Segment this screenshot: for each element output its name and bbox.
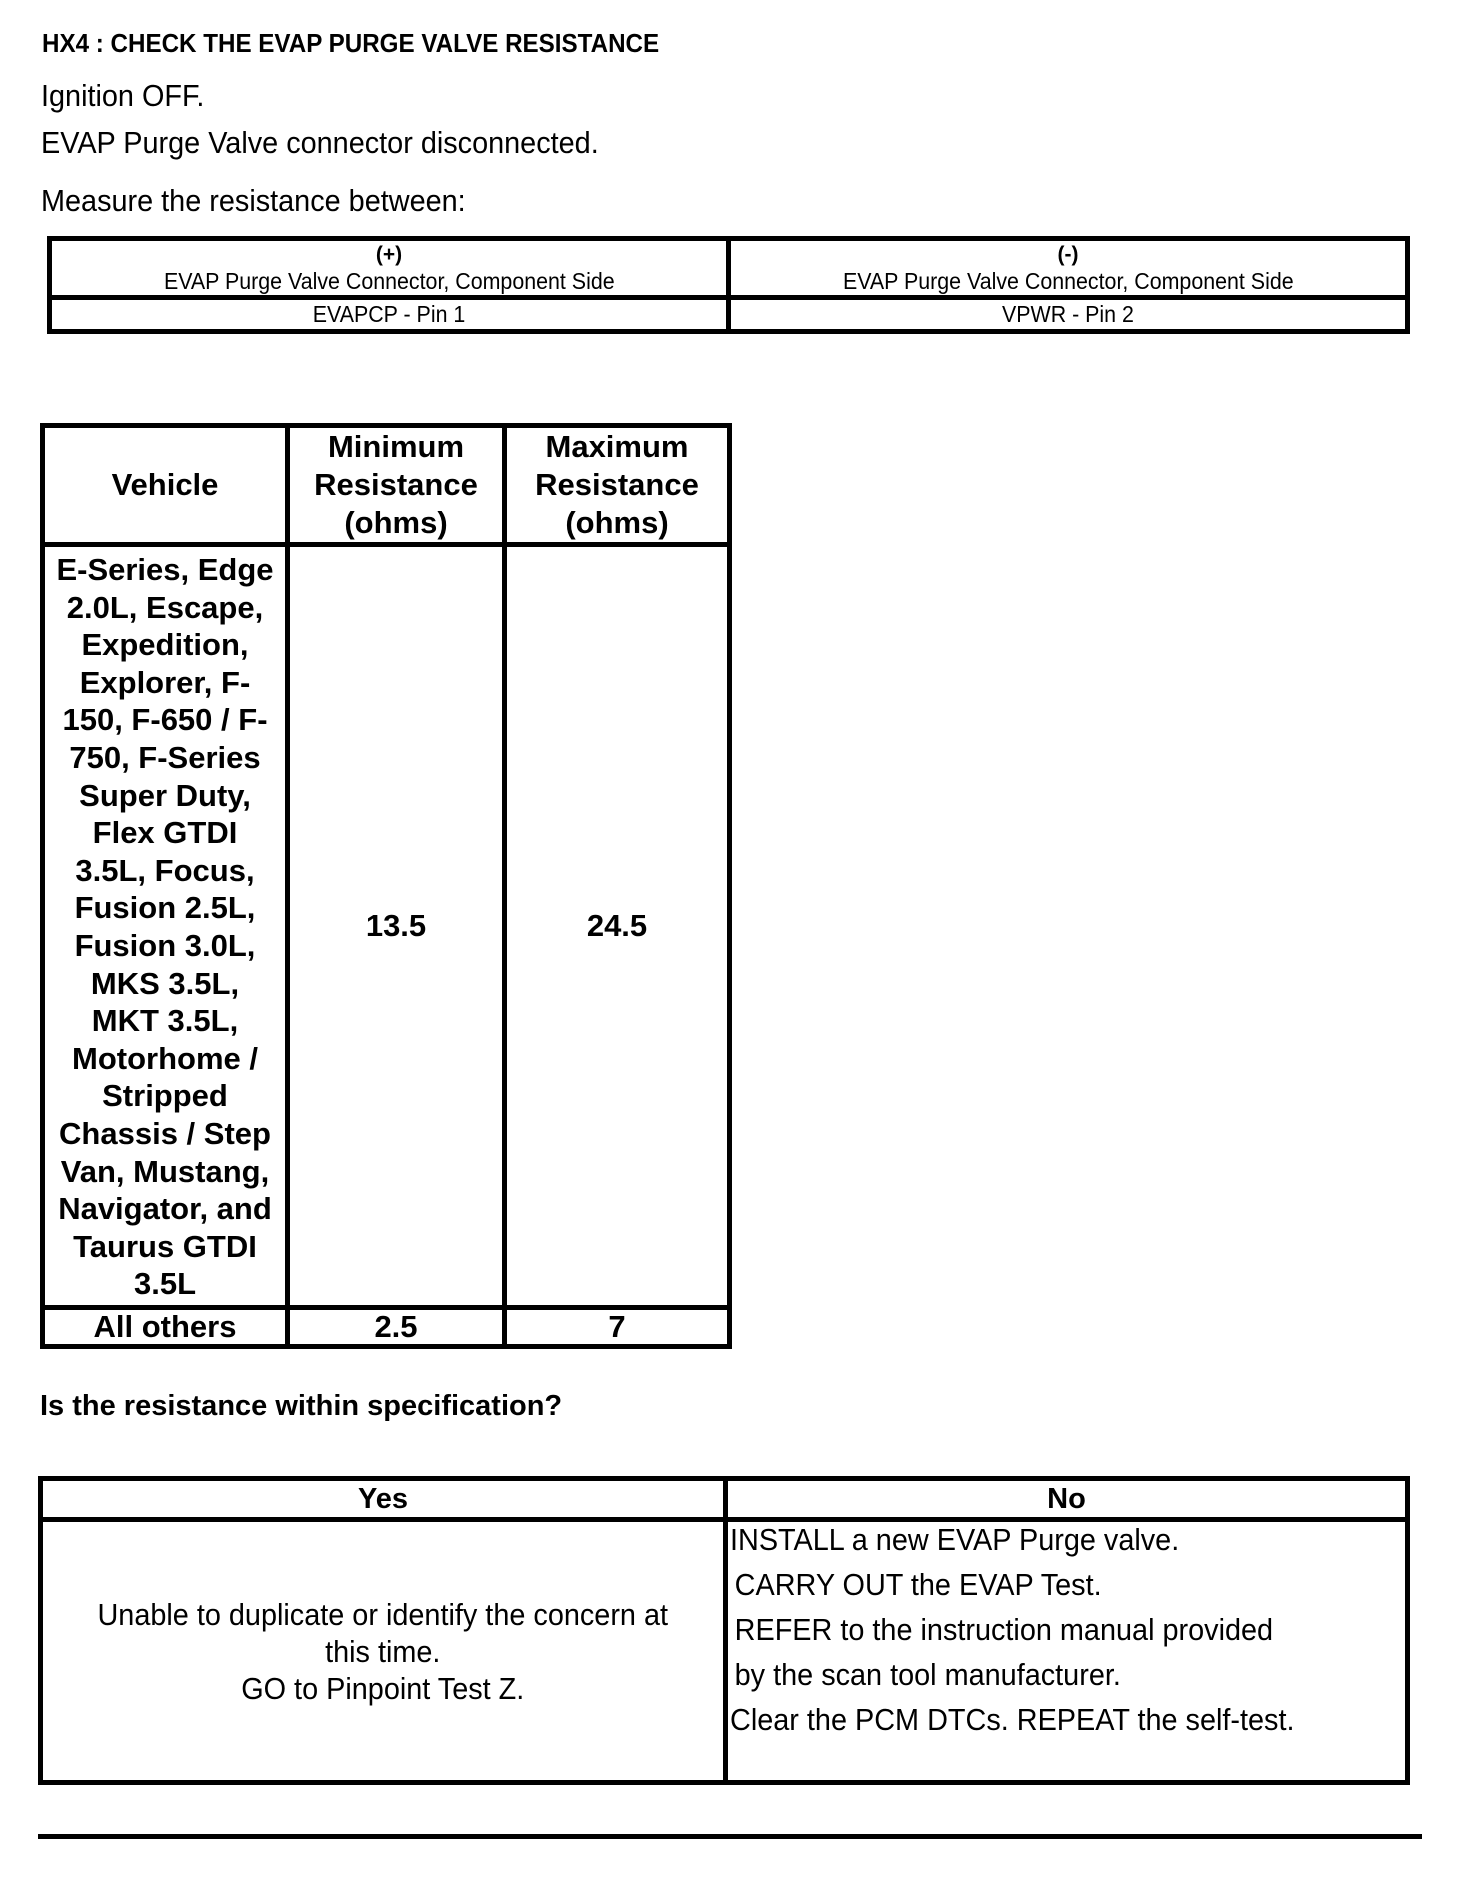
vehicle-line: Expedition, (45, 626, 285, 664)
header-min-resistance: Minimum Resistance (ohms) (288, 426, 505, 545)
yes-action-line: Unable to duplicate or identify the conc… (98, 1596, 669, 1633)
vehicle-line: 2.0L, Escape, (45, 589, 285, 627)
vehicle-line: Van, Mustang, (45, 1153, 285, 1191)
spec-question: Is the resistance within specification? (40, 1390, 562, 1423)
no-action-cell: INSTALL a new EVAP Purge valve. CARRY OU… (726, 1520, 1408, 1783)
header-vehicle: Vehicle (43, 426, 288, 545)
no-header: No (726, 1479, 1408, 1520)
no-action-line: INSTALL a new EVAP Purge valve. (730, 1522, 1358, 1562)
vehicle-line: Navigator, and (45, 1190, 285, 1228)
negative-pin-label: VPWR - Pin 2 (1002, 301, 1134, 328)
instruction-connector: EVAP Purge Valve connector disconnected. (41, 125, 599, 161)
resistance-spec-table: Vehicle Minimum Resistance (ohms) Maximu… (40, 423, 732, 1349)
no-action-line: Clear the PCM DTCs. REPEAT the self-test… (730, 1697, 1358, 1742)
vehicle-line: Motorhome / (45, 1040, 285, 1078)
max-resistance-value: 7 (505, 1307, 730, 1346)
vehicle-line: 750, F-Series (45, 739, 285, 777)
yes-header: Yes (41, 1479, 726, 1520)
header-min-line: (ohms) (290, 504, 502, 542)
header-min-line: Minimum (290, 428, 502, 466)
header-max-line: Maximum (507, 428, 727, 466)
header-max-line: Resistance (507, 466, 727, 504)
positive-connector-name: EVAP Purge Valve Connector, Component Si… (164, 268, 615, 295)
min-resistance-value: 2.5 (288, 1307, 505, 1346)
vehicle-line: Fusion 2.5L, (45, 889, 285, 927)
yes-action-cell: Unable to duplicate or identify the conc… (41, 1520, 726, 1783)
vehicle-line: 3.5L (45, 1265, 285, 1303)
vehicle-all-others: All others (43, 1307, 288, 1346)
table-row: E-Series, Edge2.0L, Escape,Expedition,Ex… (43, 545, 730, 1308)
yes-action-line: GO to Pinpoint Test Z. (98, 1670, 669, 1707)
positive-sign: (+) (52, 241, 726, 268)
header-max-resistance: Maximum Resistance (ohms) (505, 426, 730, 545)
vehicle-line: MKS 3.5L, (45, 965, 285, 1003)
vehicle-line: Taurus GTDI (45, 1228, 285, 1266)
vehicle-line: 3.5L, Focus, (45, 852, 285, 890)
positive-pin: EVAPCP - Pin 1 (50, 298, 729, 332)
vehicle-line: E-Series, Edge (45, 551, 285, 589)
page-title: HX4 : CHECK THE EVAP PURGE VALVE RESISTA… (42, 28, 659, 59)
vehicle-line: Super Duty, (45, 777, 285, 815)
vehicle-line: Stripped (45, 1077, 285, 1115)
vehicle-list-cell: E-Series, Edge2.0L, Escape,Expedition,Ex… (43, 545, 288, 1308)
vehicle-line: Chassis / Step (45, 1115, 285, 1153)
header-max-line: (ohms) (507, 504, 727, 542)
vehicle-line: MKT 3.5L, (45, 1002, 285, 1040)
vehicle-line: Explorer, F- (45, 664, 285, 702)
instruction-ignition: Ignition OFF. (41, 78, 204, 114)
min-resistance-value: 13.5 (288, 545, 505, 1308)
negative-connector-name: EVAP Purge Valve Connector, Component Si… (843, 268, 1294, 295)
negative-pin: VPWR - Pin 2 (729, 298, 1408, 332)
table-row: All others 2.5 7 (43, 1307, 730, 1346)
positive-pin-label: EVAPCP - Pin 1 (313, 301, 466, 328)
no-action-line: CARRY OUT the EVAP Test. (730, 1562, 1358, 1607)
header-min-line: Resistance (290, 466, 502, 504)
vehicle-line: Flex GTDI (45, 814, 285, 852)
no-action-line: by the scan tool manufacturer. (730, 1652, 1358, 1697)
vehicle-line: Fusion 3.0L, (45, 927, 285, 965)
yes-action-line: this time. (98, 1633, 669, 1670)
vehicle-line: 150, F-650 / F- (45, 701, 285, 739)
yes-action-text: Unable to duplicate or identify the conc… (98, 1596, 669, 1707)
negative-sign: (-) (731, 241, 1405, 268)
decision-table: Yes No Unable to duplicate or identify t… (38, 1476, 1410, 1785)
bottom-divider (38, 1834, 1422, 1839)
no-action-line: REFER to the instruction manual provided (730, 1607, 1358, 1652)
instruction-measure: Measure the resistance between: (41, 183, 466, 219)
positive-connector-header: (+) EVAP Purge Valve Connector, Componen… (50, 239, 729, 298)
max-resistance-value: 24.5 (505, 545, 730, 1308)
negative-connector-header: (-) EVAP Purge Valve Connector, Componen… (729, 239, 1408, 298)
connector-table: (+) EVAP Purge Valve Connector, Componen… (47, 236, 1410, 334)
